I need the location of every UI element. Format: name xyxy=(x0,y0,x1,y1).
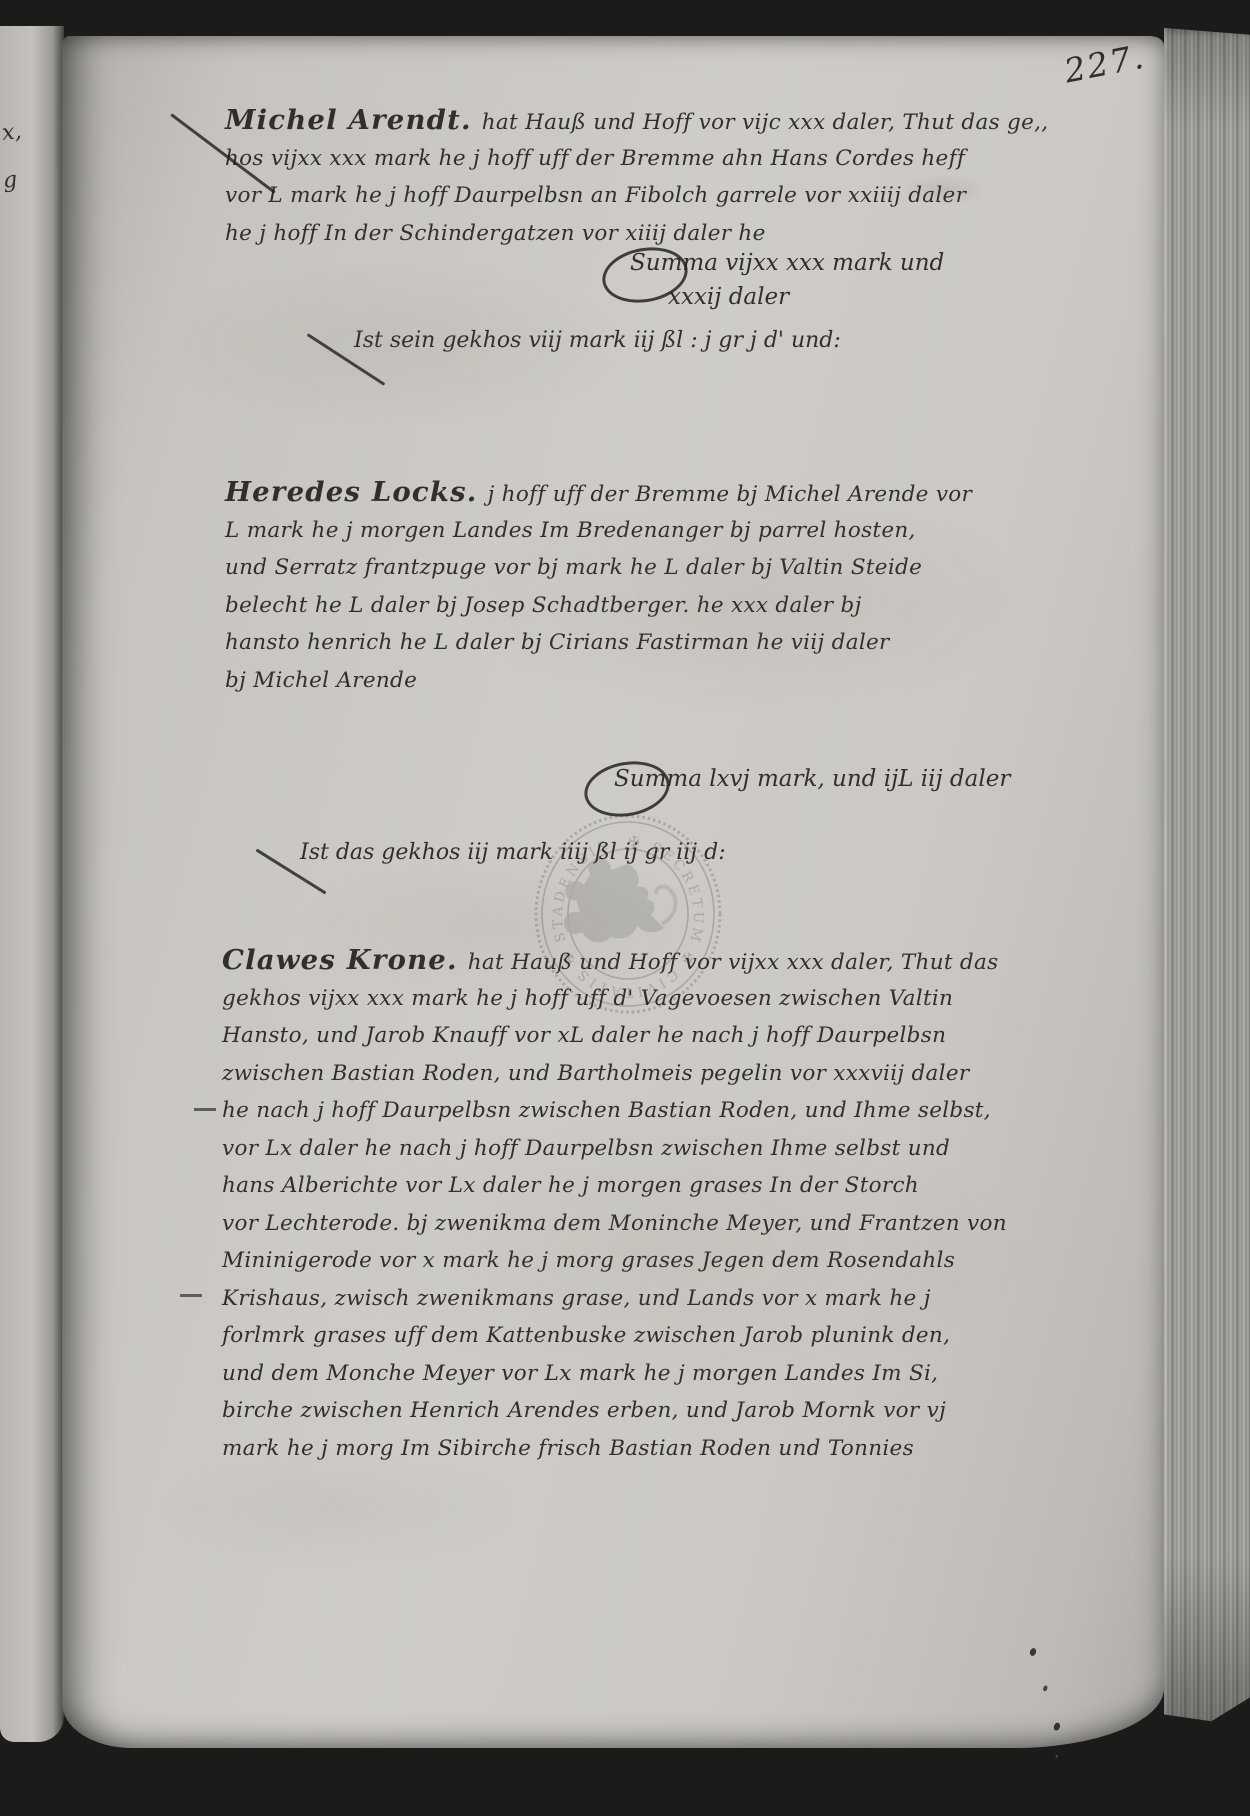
entry-line: gekhos vijxx xxx mark he j hoff uff d' V… xyxy=(222,980,1007,1018)
entry-heading: Heredes Locks. xyxy=(225,476,478,508)
entry-line: he nach j hoff Daurpelbsn zwischen Basti… xyxy=(222,1092,1007,1130)
entry-line: und dem Monche Meyer vor Lx mark he j mo… xyxy=(222,1355,1007,1393)
entry-line: L mark he j morgen Landes Im Bredenanger… xyxy=(225,512,972,550)
book-photo: x, g 227. ✠ SECRETUM ✠ CIVITATIS ✠ STADE… xyxy=(0,0,1250,1816)
page-stack-edge xyxy=(1164,28,1250,1728)
entry-line: und Serratz frantzpuge vor bj mark he L … xyxy=(225,549,972,587)
margin-dash xyxy=(180,1294,202,1297)
summa-block-2: Summa lxvj mark, und ijL iij daler xyxy=(614,766,1010,792)
entry-line: vor Lx daler he nach j hoff Daurpelbsn z… xyxy=(222,1130,1007,1168)
verso-text-fragment: g xyxy=(2,167,19,193)
entry-michel-arendt: Michel Arendt.hat Hauß und Hoff vor vijc… xyxy=(225,102,1048,252)
reckoning-line-2: Ist das gekhos iij mark iiij ßl ij gr ii… xyxy=(300,840,726,865)
entry-line: Michel Arendt.hat Hauß und Hoff vor vijc… xyxy=(225,102,1048,140)
page-stack-shading xyxy=(1164,28,1250,1728)
entry-line: vor Lechterode. bj zwenikma dem Moninche… xyxy=(222,1205,1007,1243)
ink-specks xyxy=(1029,1647,1037,1657)
summa-block-1: Summa vijxx xxx mark und xxxij daler xyxy=(630,250,944,310)
summa-line: Summa vijxx xxx mark und xyxy=(630,250,944,276)
entry-text: hat Hauß und Hoff vor vijxx xxx daler, T… xyxy=(468,950,999,975)
entry-heredes-locks: Heredes Locks.j hoff uff der Bremme bj M… xyxy=(225,474,972,699)
entry-line: vor L mark he j hoff Daurpelbsn an Fibol… xyxy=(225,177,1048,215)
left-page-edge: x, g xyxy=(0,26,64,1742)
entry-line: Clawes Krone.hat Hauß und Hoff vor vijxx… xyxy=(222,942,1007,980)
entry-line: hos vijxx xxx mark he j hoff uff der Bre… xyxy=(225,140,1048,178)
entry-line: bj Michel Arende xyxy=(225,662,972,700)
entry-line: zwischen Bastian Roden, und Bartholmeis … xyxy=(222,1055,1007,1093)
entry-clawes-krone: Clawes Krone.hat Hauß und Hoff vor vijxx… xyxy=(222,942,1007,1467)
entry-line: Heredes Locks.j hoff uff der Bremme bj M… xyxy=(225,474,972,512)
entry-line: he j hoff In der Schindergatzen vor xiii… xyxy=(225,215,1048,253)
reckoning-line-1: Ist sein gekhos viij mark iij ßl : j gr … xyxy=(354,328,841,353)
entry-line: Mininigerode vor x mark he j morg grases… xyxy=(222,1242,1007,1280)
lion-tail xyxy=(656,887,676,924)
manuscript-page: 227. ✠ SECRETUM ✠ CIVITATIS ✠ STADENSIS … xyxy=(62,36,1164,1748)
entry-line: hansto henrich he L daler bj Cirians Fas… xyxy=(225,624,972,662)
entry-line: forlmrk grases uff dem Kattenbuske zwisc… xyxy=(222,1317,1007,1355)
entry-line: Hansto, und Jarob Knauff vor xL daler he… xyxy=(222,1017,1007,1055)
entry-text: j hoff uff der Bremme bj Michel Arende v… xyxy=(488,482,973,507)
entry-line: belecht he L daler bj Josep Schadtberger… xyxy=(225,587,972,625)
margin-dash xyxy=(194,1108,216,1111)
entry-heading: Clawes Krone. xyxy=(222,944,458,976)
entry-line: Krishaus, zwisch zwenikmans grase, und L… xyxy=(222,1280,1007,1318)
entry-text: hat Hauß und Hoff vor vijc xxx daler, Th… xyxy=(482,110,1049,135)
verso-text-fragment: x, xyxy=(1,119,23,146)
entry-heading: Michel Arendt. xyxy=(225,104,472,136)
entry-line: hans Alberichte vor Lx daler he j morgen… xyxy=(222,1167,1007,1205)
entry-line: birche zwischen Henrich Arendes erben, u… xyxy=(222,1392,1007,1430)
folio-number: 227. xyxy=(1061,37,1148,91)
summa-line: xxxij daler xyxy=(668,284,944,310)
entry-line: mark he j morg Im Sibirche frisch Bastia… xyxy=(222,1430,1007,1468)
